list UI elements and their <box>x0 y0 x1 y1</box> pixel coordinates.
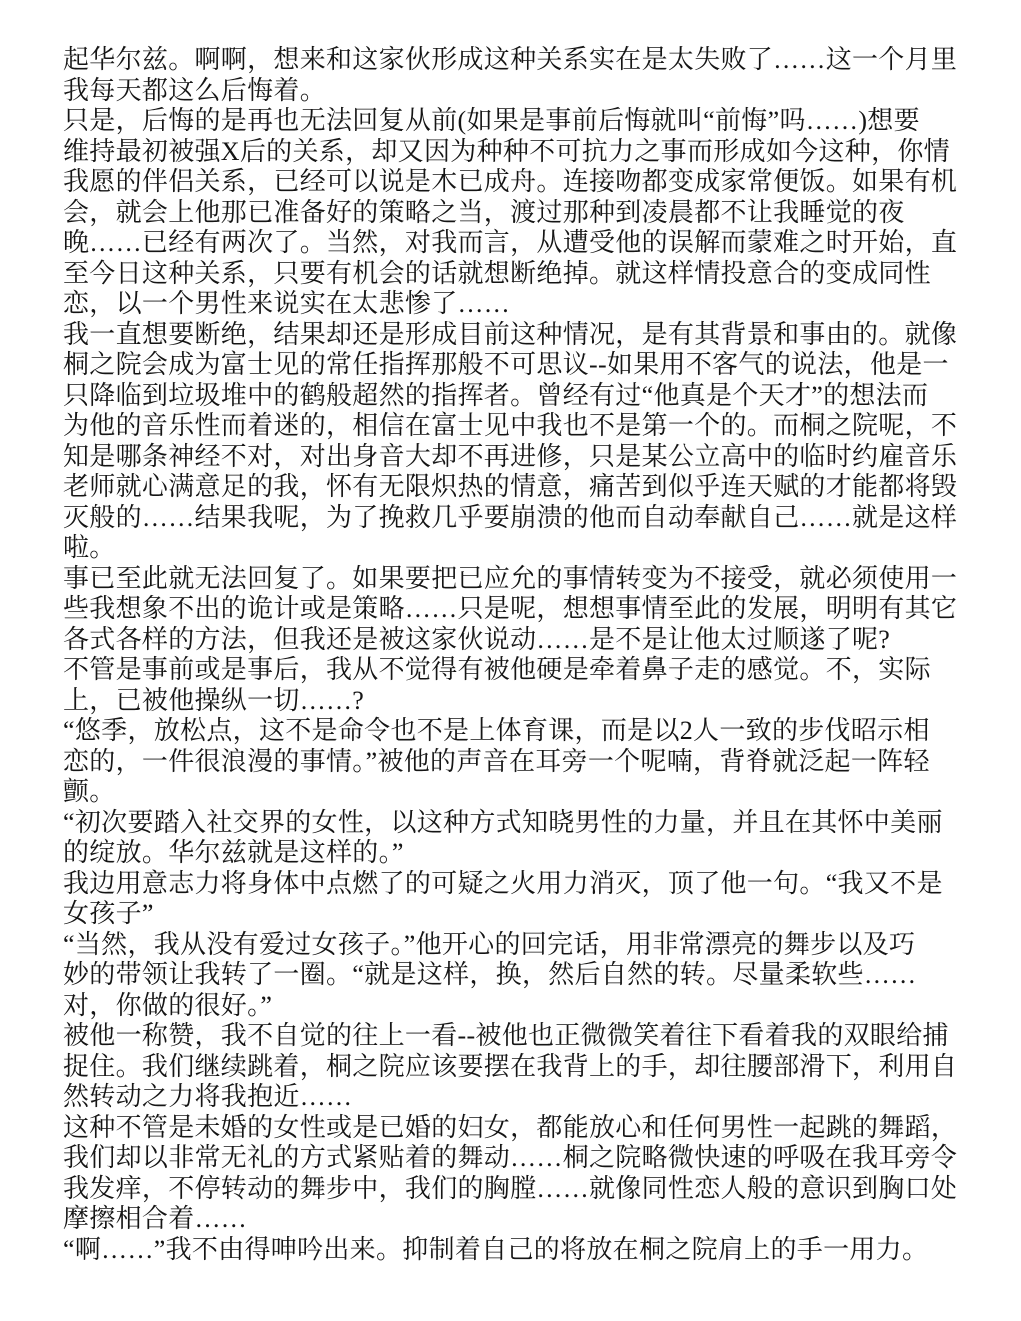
text-line: 不管是事前或是事后，我从不觉得有被他硬是牵着鼻子走的感觉。不，实际 <box>63 655 958 686</box>
text-line: 事已至此就无法回复了。如果要把已应允的事情转变为不接受，就必须使用一 <box>63 564 958 595</box>
text-line: 我们却以非常无礼的方式紧贴着的舞动……桐之院略微快速的呼吸在我耳旁令 <box>63 1143 958 1174</box>
text-block: 起华尔兹。啊啊，想来和这家伙形成这种关系实在是太失败了……这一个月里 我每天都这… <box>63 45 958 1265</box>
text-line: 我一直想要断绝，结果却还是形成目前这种情况，是有其背景和事由的。就像 <box>63 320 958 351</box>
text-line: 捉住。我们继续跳着，桐之院应该要摆在我背上的手，却往腰部滑下，利用自 <box>63 1052 958 1083</box>
text-line: 女孩子” <box>63 899 958 930</box>
text-line: 晚……已经有两次了。当然，对我而言，从遭受他的误解而蒙难之时开始，直 <box>63 228 958 259</box>
text-line: 摩擦相合着…… <box>63 1204 958 1235</box>
text-line: 桐之院会成为富士见的常任指挥那般不可思议--如果用不客气的说法，他是一 <box>63 350 958 381</box>
text-line: 然转动之力将我抱近…… <box>63 1082 958 1113</box>
text-line: “初次要踏入社交界的女性，以这种方式知晓男性的力量，并且在其怀中美丽 <box>63 808 958 839</box>
text-line: “悠季，放松点，这不是命令也不是上体育课，而是以2人一致的步伐昭示相 <box>63 716 958 747</box>
text-line: 的绽放。华尔兹就是这样的。” <box>63 838 958 869</box>
text-line: 起华尔兹。啊啊，想来和这家伙形成这种关系实在是太失败了……这一个月里 <box>63 45 958 76</box>
text-line: 对，你做的很好。” <box>63 991 958 1022</box>
text-line: 为他的音乐性而着迷的，相信在富士见中我也不是第一个的。而桐之院呢，不 <box>63 411 958 442</box>
text-line: 妙的带领让我转了一圈。“就是这样，换，然后自然的转。尽量柔软些…… <box>63 960 958 991</box>
text-line: 只降临到垃圾堆中的鹤般超然的指挥者。曾经有过“他真是个天才”的想法而 <box>63 381 958 412</box>
text-line: “当然，我从没有爱过女孩子。”他开心的回完话，用非常漂亮的舞步以及巧 <box>63 930 958 961</box>
text-line: 这种不管是未婚的女性或是已婚的妇女，都能放心和任何男性一起跳的舞蹈， <box>63 1113 958 1144</box>
text-line: 恋的，一件很浪漫的事情。”被他的声音在耳旁一个呢喃，背脊就泛起一阵轻 <box>63 747 958 778</box>
text-line: 只是，后悔的是再也无法回复从前(如果是事前后悔就叫“前悔”吗……)想要 <box>63 106 958 137</box>
document-page: 起华尔兹。啊啊，想来和这家伙形成这种关系实在是太失败了……这一个月里 我每天都这… <box>0 0 1021 1321</box>
text-line: 老师就心满意足的我，怀有无限炽热的情意，痛苦到似乎连天赋的才能都将毁 <box>63 472 958 503</box>
text-line: 被他一称赞，我不自觉的往上一看--被他也正微微笑着往下看着我的双眼给捕 <box>63 1021 958 1052</box>
text-line: 我每天都这么后悔着。 <box>63 76 958 107</box>
text-line: 我边用意志力将身体中点燃了的可疑之火用力消灭，顶了他一句。“我又不是 <box>63 869 958 900</box>
text-line: 颤。 <box>63 777 958 808</box>
text-line: 各式各样的方法，但我还是被这家伙说动……是不是让他太过顺遂了呢? <box>63 625 958 656</box>
text-line: 知是哪条神经不对，对出身音大却不再进修，只是某公立高中的临时约雇音乐 <box>63 442 958 473</box>
text-line: 我发痒，不停转动的舞步中，我们的胸膛……就像同性恋人般的意识到胸口处 <box>63 1174 958 1205</box>
text-line: 至今日这种关系，只要有机会的话就想断绝掉。就这样情投意合的变成同性 <box>63 259 958 290</box>
text-line: 些我想象不出的诡计或是策略……只是呢，想想事情至此的发展，明明有其它 <box>63 594 958 625</box>
text-line: 灭般的……结果我呢，为了挽救几乎要崩溃的他而自动奉献自己……就是这样 <box>63 503 958 534</box>
text-line: 上，已被他操纵一切……? <box>63 686 958 717</box>
text-line: 啦。 <box>63 533 958 564</box>
text-line: 会，就会上他那已准备好的策略之当，渡过那种到凌晨都不让我睡觉的夜 <box>63 198 958 229</box>
text-line: 维持最初被强X后的关系，却又因为种种不可抗力之事而形成如今这种，你情 <box>63 137 958 168</box>
text-line: 我愿的伴侣关系，已经可以说是木已成舟。连接吻都变成家常便饭。如果有机 <box>63 167 958 198</box>
text-line: “啊……”我不由得呻吟出来。抑制着自己的将放在桐之院肩上的手一用力。 <box>63 1235 958 1266</box>
text-line: 恋，以一个男性来说实在太悲惨了…… <box>63 289 958 320</box>
